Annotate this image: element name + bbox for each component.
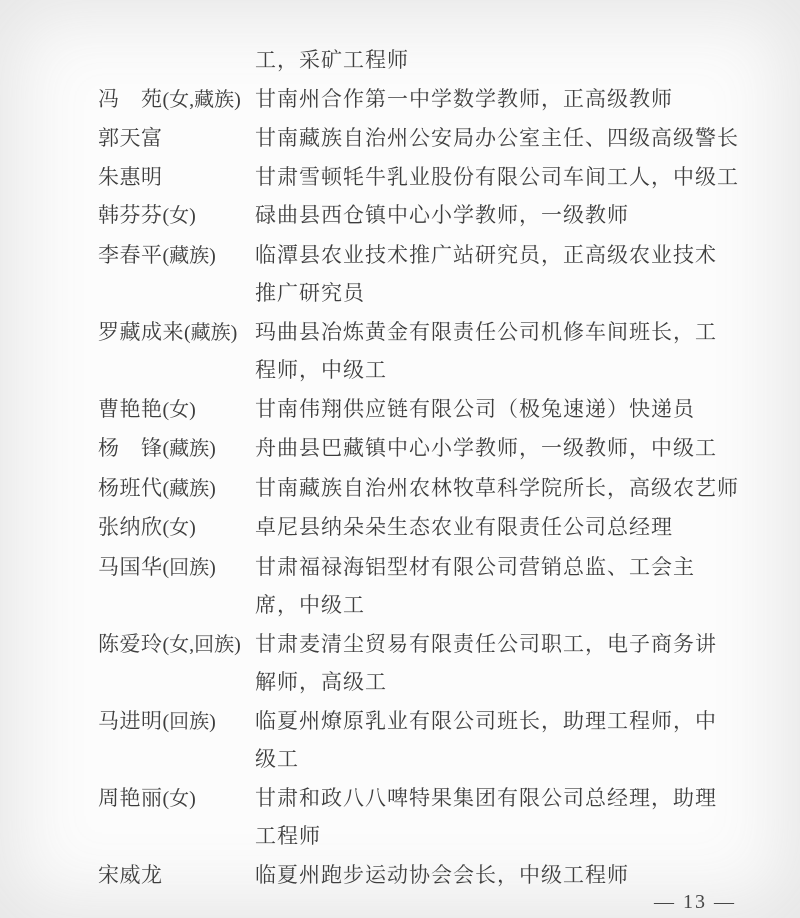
- entry-name: 曹艳艳(女): [98, 390, 255, 430]
- entry-name: 周艳丽(女): [98, 779, 255, 819]
- entry-description: 玛曲县冶炼黄金有限责任公司机修车间班长，工程师，中级工: [255, 313, 726, 390]
- entry-description-line: 程师，中级工: [255, 351, 726, 390]
- entry-name: 李春平(藏族): [98, 236, 255, 276]
- entry-description-line: 甘南藏族自治州农林牧草科学院所长，高级农艺师: [255, 469, 739, 508]
- gender-ethnicity-marker: (藏族): [163, 478, 216, 500]
- person-name: 杨 锋: [98, 436, 163, 460]
- gender-ethnicity-marker: (回族): [163, 557, 216, 579]
- entry-description-line: 席，中级工: [255, 586, 726, 625]
- entry-description-line: 舟曲县巴藏镇中心小学教师，一级教师，中级工: [255, 429, 726, 468]
- entry-description-line: 卓尼县纳朵朵生态农业有限责任公司总经理: [255, 508, 726, 547]
- person-name: 陈爱玲: [98, 632, 163, 656]
- gender-ethnicity-marker: (女,回族): [163, 634, 241, 656]
- gender-ethnicity-marker: (藏族): [184, 322, 237, 344]
- entry-description-line: 临夏州燎原乳业有限公司班长，助理工程师，中: [255, 702, 726, 741]
- entry-description-line: 工程师: [255, 817, 726, 856]
- list-entry: 杨 锋(藏族)舟曲县巴藏镇中心小学教师，一级教师，中级工: [98, 429, 726, 469]
- person-name: 韩芬芬: [98, 203, 163, 227]
- entry-description-line: 甘南藏族自治州公安局办公室主任、四级高级警长: [255, 119, 739, 158]
- entry-description-line: 玛曲县冶炼黄金有限责任公司机修车间班长，工: [255, 313, 726, 352]
- gender-ethnicity-marker: (藏族): [163, 438, 216, 460]
- entry-name: 杨 锋(藏族): [98, 429, 255, 469]
- list-entry: 张纳欣(女)卓尼县纳朵朵生态农业有限责任公司总经理: [98, 508, 726, 548]
- entry-description: 甘肃福禄海铝型材有限公司营销总监、工会主席，中级工: [255, 548, 726, 625]
- entry-description: 甘肃麦清尘贸易有限责任公司职工，电子商务讲解师，高级工: [255, 625, 726, 702]
- person-name: 马国华: [98, 555, 163, 579]
- entry-description-line: 级工: [255, 740, 726, 779]
- list-entry: 宋威龙临夏州跑步运动协会会长，中级工程师: [98, 856, 726, 895]
- list-entry: 陈爱玲(女,回族)甘肃麦清尘贸易有限责任公司职工，电子商务讲解师，高级工: [98, 625, 726, 702]
- list-entry: 朱惠明甘肃雪顿牦牛乳业股份有限公司车间工人，中级工: [98, 158, 726, 197]
- person-name: 罗藏成来: [98, 320, 184, 344]
- person-name: 宋威龙: [98, 863, 163, 887]
- list-entry: 周艳丽(女)甘肃和政八八啤特果集团有限公司总经理，助理工程师: [98, 779, 726, 856]
- entry-description: 甘南伟翔供应链有限公司（极兔速递）快递员: [255, 390, 726, 429]
- entry-name: 韩芬芬(女): [98, 196, 255, 236]
- page-number: — 13 —: [654, 891, 736, 914]
- award-list: 工，采矿工程师冯 苑(女,藏族)甘南州合作第一中学数学教师，正高级教师郭天富甘南…: [98, 41, 726, 894]
- list-entry: 冯 苑(女,藏族)甘南州合作第一中学数学教师，正高级教师: [98, 80, 726, 120]
- person-name: 周艳丽: [98, 786, 163, 810]
- list-entry: 马进明(回族)临夏州燎原乳业有限公司班长，助理工程师，中级工: [98, 702, 726, 779]
- list-entry: 杨班代(藏族)甘南藏族自治州农林牧草科学院所长，高级农艺师: [98, 469, 726, 509]
- person-name: 郭天富: [98, 126, 163, 150]
- entry-description-line: 解师，高级工: [255, 663, 726, 702]
- entry-name: 张纳欣(女): [98, 508, 255, 548]
- entry-name: 杨班代(藏族): [98, 469, 255, 509]
- entry-name: 罗藏成来(藏族): [98, 313, 255, 353]
- entry-description: 临潭县农业技术推广站研究员，正高级农业技术推广研究员: [255, 236, 726, 313]
- entries-container: 工，采矿工程师冯 苑(女,藏族)甘南州合作第一中学数学教师，正高级教师郭天富甘南…: [98, 41, 726, 894]
- person-name: 张纳欣: [98, 515, 163, 539]
- list-entry: 曹艳艳(女)甘南伟翔供应链有限公司（极兔速递）快递员: [98, 390, 726, 430]
- entry-description-line: 甘肃和政八八啤特果集团有限公司总经理，助理: [255, 779, 726, 818]
- entry-description: 碌曲县西仓镇中心小学教师，一级教师: [255, 196, 726, 235]
- entry-description: 临夏州跑步运动协会会长，中级工程师: [255, 856, 726, 895]
- list-entry: 李春平(藏族)临潭县农业技术推广站研究员，正高级农业技术推广研究员: [98, 236, 726, 313]
- entry-description-line: 临夏州跑步运动协会会长，中级工程师: [255, 856, 726, 895]
- entry-description-line: 甘南州合作第一中学数学教师，正高级教师: [255, 80, 726, 119]
- entry-name: 朱惠明: [98, 158, 255, 197]
- entry-description: 甘南藏族自治州农林牧草科学院所长，高级农艺师: [255, 469, 739, 508]
- list-entry: 罗藏成来(藏族)玛曲县冶炼黄金有限责任公司机修车间班长，工程师，中级工: [98, 313, 726, 390]
- entry-description-line: 甘肃雪顿牦牛乳业股份有限公司车间工人，中级工: [255, 158, 739, 197]
- entry-description-line: 碌曲县西仓镇中心小学教师，一级教师: [255, 196, 726, 235]
- entry-description: 甘肃和政八八啤特果集团有限公司总经理，助理工程师: [255, 779, 726, 856]
- entry-description-line: 推广研究员: [255, 274, 726, 313]
- document-page: 工，采矿工程师冯 苑(女,藏族)甘南州合作第一中学数学教师，正高级教师郭天富甘南…: [0, 0, 800, 918]
- gender-ethnicity-marker: (女): [163, 788, 196, 810]
- entry-description-line: 甘肃福禄海铝型材有限公司营销总监、工会主: [255, 548, 726, 587]
- gender-ethnicity-marker: (女): [163, 517, 196, 539]
- gender-ethnicity-marker: (女): [163, 399, 196, 421]
- entry-description-line: 甘南伟翔供应链有限公司（极兔速递）快递员: [255, 390, 726, 429]
- gender-ethnicity-marker: (藏族): [163, 245, 216, 267]
- entry-name: 马进明(回族): [98, 702, 255, 742]
- entry-description-line: 工，采矿工程师: [255, 41, 726, 80]
- entry-description: 舟曲县巴藏镇中心小学教师，一级教师，中级工: [255, 429, 726, 468]
- gender-ethnicity-marker: (女): [163, 205, 196, 227]
- person-name: 杨班代: [98, 476, 163, 500]
- person-name: 马进明: [98, 709, 163, 733]
- entry-description: 卓尼县纳朵朵生态农业有限责任公司总经理: [255, 508, 726, 547]
- gender-ethnicity-marker: (女,藏族): [163, 89, 241, 111]
- person-name: 李春平: [98, 243, 163, 267]
- entry-name: 马国华(回族): [98, 548, 255, 588]
- entry-description-line: 临潭县农业技术推广站研究员，正高级农业技术: [255, 236, 726, 275]
- entry-name: 冯 苑(女,藏族): [98, 80, 255, 120]
- entry-description: 甘南藏族自治州公安局办公室主任、四级高级警长: [255, 119, 739, 158]
- list-entry: 韩芬芬(女)碌曲县西仓镇中心小学教师，一级教师: [98, 196, 726, 236]
- entry-description-line: 甘肃麦清尘贸易有限责任公司职工，电子商务讲: [255, 625, 726, 664]
- entry-description: 甘肃雪顿牦牛乳业股份有限公司车间工人，中级工: [255, 158, 739, 197]
- person-name: 冯 苑: [98, 87, 163, 111]
- entry-name: 陈爱玲(女,回族): [98, 625, 255, 665]
- entry-description: 临夏州燎原乳业有限公司班长，助理工程师，中级工: [255, 702, 726, 779]
- list-entry: 郭天富甘南藏族自治州公安局办公室主任、四级高级警长: [98, 119, 726, 158]
- entry-name: 宋威龙: [98, 856, 255, 895]
- list-entry: 马国华(回族)甘肃福禄海铝型材有限公司营销总监、工会主席，中级工: [98, 548, 726, 625]
- entry-name: 郭天富: [98, 119, 255, 158]
- entry-description: 甘南州合作第一中学数学教师，正高级教师: [255, 80, 726, 119]
- gender-ethnicity-marker: (回族): [163, 711, 216, 733]
- person-name: 朱惠明: [98, 165, 163, 189]
- entry-description: 工，采矿工程师: [255, 41, 726, 80]
- person-name: 曹艳艳: [98, 397, 163, 421]
- list-entry: 工，采矿工程师: [98, 41, 726, 80]
